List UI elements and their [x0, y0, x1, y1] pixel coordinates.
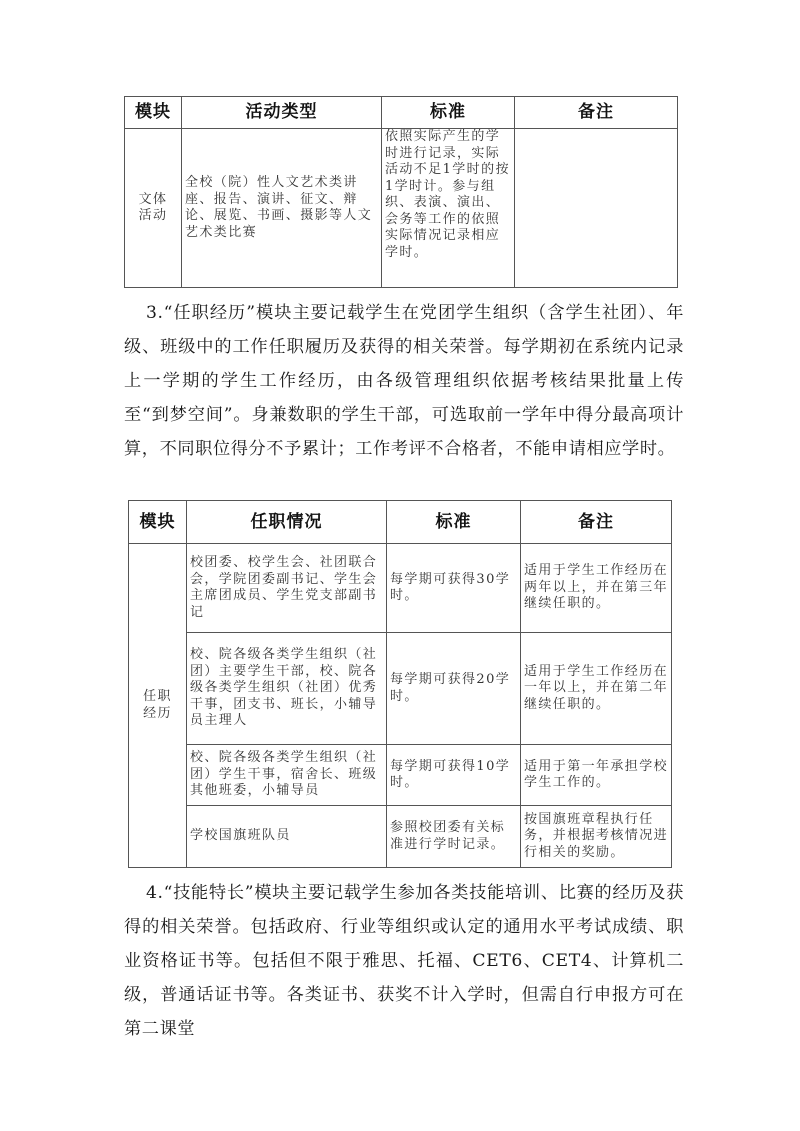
remark-cell: 按国旗班章程执行任务，并根据考核情况进行相关的奖励。: [521, 806, 672, 868]
table-row: 校、院各级各类学生组织（社团）主要学生干部，校、院各级各类学生组织（社团）优秀干…: [129, 633, 672, 745]
position-cell: 校、院各级各类学生组织（社团）学生干事，宿舍长、班级其他班委，小辅导员: [187, 745, 387, 806]
paragraph-text: 3.“任职经历”模块主要记载学生在党团学生组织（含学生社团）、年级、班级中的工作…: [124, 303, 684, 459]
paragraph-employment-experience: 3.“任职经历”模块主要记载学生在党团学生组织（含学生社团）、年级、班级中的工作…: [124, 296, 684, 466]
table-row: 文体活动 全校（院）性人文艺术类讲座、报告、演讲、征文、辩论、展览、书画、摄影等…: [125, 129, 678, 288]
table-row: 校、院各级各类学生组织（社团）学生干事，宿舍长、班级其他班委，小辅导员 每学期可…: [129, 745, 672, 806]
header-remark: 备注: [515, 97, 678, 129]
header-module: 模块: [125, 97, 182, 129]
standard-cell: 每学期可获得30学时。: [387, 544, 521, 633]
header-activity-type: 活动类型: [182, 97, 382, 129]
remark-cell: 适用于学生工作经历在一年以上，并在第二年继续任职的。: [521, 633, 672, 745]
module-cell: 任职经历: [129, 544, 187, 868]
header-standard: 标准: [382, 97, 515, 129]
position-cell: 校团委、校学生会、社团联合会，学院团委副书记、学生会主席团成员、学生党支部副书记: [187, 544, 387, 633]
header-standard: 标准: [387, 501, 521, 544]
standard-cell: 每学期可获得10学时。: [387, 745, 521, 806]
activity-standards-table: 模块 活动类型 标准 备注 文体活动 全校（院）性人文艺术类讲座、报告、演讲、征…: [124, 96, 678, 288]
remark-cell: [515, 129, 678, 288]
position-cell: 学校国旗班队员: [187, 806, 387, 868]
header-remark: 备注: [521, 501, 672, 544]
position-cell: 校、院各级各类学生组织（社团）主要学生干部，校、院各级各类学生组织（社团）优秀干…: [187, 633, 387, 745]
standard-cell: 参照校团委有关标准进行学时记录。: [387, 806, 521, 868]
employment-standards-table: 模块 任职情况 标准 备注 任职经历 校团委、校学生会、社团联合会，学院团委副书…: [128, 500, 672, 868]
table-row: 任职经历 校团委、校学生会、社团联合会，学院团委副书记、学生会主席团成员、学生党…: [129, 544, 672, 633]
table-row: 学校国旗班队员 参照校团委有关标准进行学时记录。 按国旗班章程执行任务，并根据考…: [129, 806, 672, 868]
paragraph-skills: 4.“技能特长”模块主要记载学生参加各类技能培训、比赛的经历及获得的相关荣誉。包…: [124, 876, 684, 1046]
remark-cell: 适用于学生工作经历在两年以上，并在第三年继续任职的。: [521, 544, 672, 633]
activity-cell: 全校（院）性人文艺术类讲座、报告、演讲、征文、辩论、展览、书画、摄影等人文艺术类…: [182, 129, 382, 288]
standard-cell: 每学期可获得20学时。: [387, 633, 521, 745]
table-header-row: 模块 活动类型 标准 备注: [125, 97, 678, 129]
paragraph-text: 4.“技能特长”模块主要记载学生参加各类技能培训、比赛的经历及获得的相关荣誉。包…: [124, 883, 684, 1039]
standard-cell: 依照实际产生的学时进行记录，实际活动不足1学时的按1学时计。参与组织、表演、演出…: [382, 129, 515, 288]
header-position: 任职情况: [187, 501, 387, 544]
module-cell: 文体活动: [125, 129, 182, 288]
remark-cell: 适用于第一年承担学校学生工作的。: [521, 745, 672, 806]
header-module: 模块: [129, 501, 187, 544]
table-header-row: 模块 任职情况 标准 备注: [129, 501, 672, 544]
